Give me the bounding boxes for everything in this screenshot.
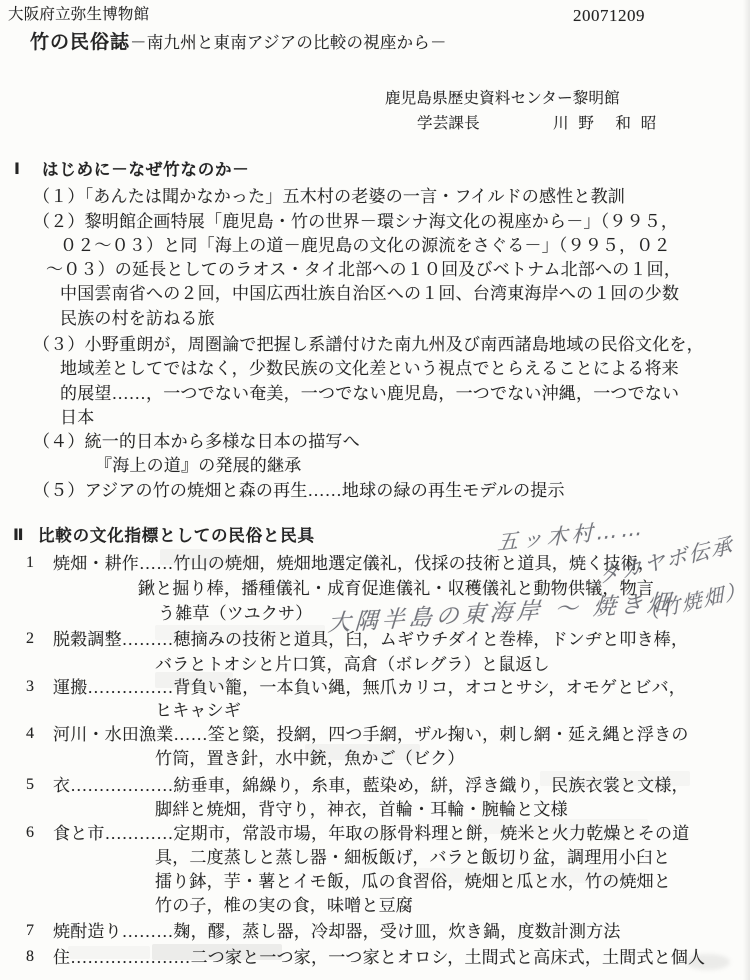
item-line: 食と市…………定期市，常設市場，年取の豚骨料理と餅，焼米と火力乾燥とその道 xyxy=(53,825,689,842)
author-name: 川 野 和 昭 xyxy=(553,116,659,132)
item-line: 竹筒，置き針，水中銃，魚かご（ビク） xyxy=(155,750,465,767)
section1-line: 日本 xyxy=(60,409,94,426)
item-line: ヒキャシギ xyxy=(155,702,241,719)
section1-line: 的展望……，一つでない奄美，一つでない鹿児島，一つでない沖縄，一つでない xyxy=(60,385,679,402)
handwritten-note: 五ッ木村…… xyxy=(497,511,646,557)
document-date: 20071209 xyxy=(573,7,645,24)
section1-line: ０２～０３）と同「海上の道－鹿児島の文化の源流をさぐる－」（９９５，０２ xyxy=(60,237,671,254)
section2-numeral: Ⅱ xyxy=(13,528,24,544)
item-number: 4 xyxy=(26,726,34,742)
item-line: 具，二度蒸しと蒸し器・細板飯げ，バラと飯切り盆，調理用小臼と xyxy=(155,849,670,866)
section1-line: （４）統一的日本から多様な日本の描写へ xyxy=(33,433,360,450)
section1-line: （１）「あんたは聞かなかった」五木村の老婆の一言・フイルドの感性と教訓 xyxy=(33,188,625,205)
item-line: 運搬……………背負い籠，一本負い縄，無爪カリコ，オコとサシ，オモゲとビバ， xyxy=(53,679,686,696)
item-line: 擂り鉢，芋・薯とイモ飯，瓜の食習俗，焼畑と瓜と水，竹の焼畑と xyxy=(155,873,671,890)
item-number: 2 xyxy=(26,631,34,647)
item-number: 6 xyxy=(26,825,34,841)
scan-edge-shadow xyxy=(743,0,750,980)
section1-line: （３）小野重朗が，周圏論で把握し系譜付けた南九州及び南西諸島地域の民俗文化を， xyxy=(33,336,704,353)
item-line: 河川・水田漁業……筌と簗，投網，四つ手網，ザル掬い，刺し網・延え縄と浮きの xyxy=(53,726,689,743)
document-title: 竹の民俗誌－南九州と東南アジアの比較の視座から－ xyxy=(30,33,447,52)
section1-line: （２）黎明館企画特展「鹿児島・竹の世界－環シナ海文化の視座から－」（９９５， xyxy=(33,213,678,230)
section1-heading: はじめに－なぜ竹なのか－ xyxy=(42,162,250,179)
item-line: 焼畑・耕作……竹山の焼畑，焼畑地選定儀礼，伐採の技術と道具，焼く技術， xyxy=(53,555,655,572)
item-number: 5 xyxy=(26,777,34,793)
section1-line: 中国雲南省への２回，中国広西壮族自治区への１回、台湾東海岸への１回の少数 xyxy=(60,285,679,302)
document-title-subtitle: －南九州と東南アジアの比較の視座から－ xyxy=(130,33,447,52)
section1-line: （５）アジアの竹の焼畑と森の再生……地球の緑の再生モデルの提示 xyxy=(33,482,565,499)
section1-line: 『海上の道』の発展的継承 xyxy=(95,457,301,474)
item-line: 住…………………二つ家と一つ家，一つ家とオロシ，土間式と高床式，土間式と個人 xyxy=(53,949,705,966)
section1-numeral: Ⅰ xyxy=(14,162,20,178)
item-number: 7 xyxy=(26,923,34,939)
section2-heading: 比較の文化指標としての民俗と民具 xyxy=(38,528,315,545)
item-line: 焼酎造り………麹，醪，蒸し器，冷却器，受け皿，炊き鍋，度数計測方法 xyxy=(53,923,621,940)
item-line: 脚絆と焼畑，背守り，神衣，首輪・耳輪・腕輪と文様 xyxy=(155,801,568,818)
item-number: 3 xyxy=(26,679,34,695)
item-line: 衣………………紡垂車，綿繰り，糸車，藍染め，絣，浮き織り，民族衣裳と文様， xyxy=(53,777,689,794)
section1-line: ～０３）の延長としてのラオス・タイ北部への１０回及びベトナム北部への１回， xyxy=(46,261,681,278)
affiliation: 鹿児島県歴史資料センター黎明館 xyxy=(385,91,620,107)
item-line: 竹の子，椎の実の食，味噌と豆腐 xyxy=(155,897,413,914)
document-title-main: 竹の民俗誌 xyxy=(30,32,130,53)
organization-name: 大阪府立弥生博物館 xyxy=(8,7,149,23)
item-number: 1 xyxy=(26,555,34,571)
section1-line: 地域差としてではなく，少数民族の文化差という視点でとらえることによる将来 xyxy=(60,360,679,377)
scanned-document-page: 大阪府立弥生博物館 20071209 竹の民俗誌－南九州と東南アジアの比較の視座… xyxy=(0,0,750,980)
item-line: う雑草（ツユクサ） xyxy=(158,605,312,622)
item-number: 8 xyxy=(26,949,34,965)
item-line: バラとトオシと片口箕，高倉（ボレグラ）と鼠返し xyxy=(155,656,550,673)
author-role: 学芸課長 xyxy=(417,116,480,132)
section1-line: 民族の村を訪ねる旅 xyxy=(60,310,215,327)
